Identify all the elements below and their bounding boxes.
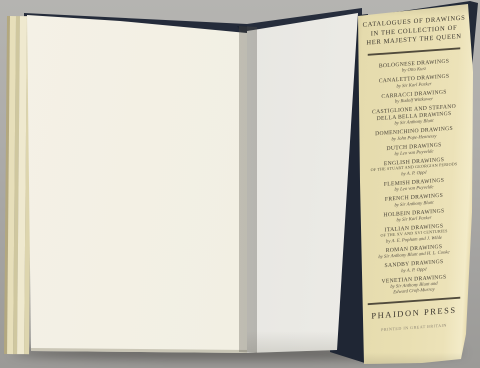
flap-text-column: CATALOGUES OF DRAWINGSIN THE COLLECTION … [359, 4, 469, 333]
dust-jacket-flap: CATALOGUES OF DRAWINGSIN THE COLLECTION … [356, 2, 475, 367]
header-rule [368, 47, 461, 55]
footer-rule [368, 297, 461, 305]
catalogue-list: BOLOGNESE DRAWINGSby Otto KurzCANALETTO … [359, 56, 469, 297]
publisher-name: PHAIDON PRESS [359, 304, 469, 322]
printed-in-note: PRINTED IN GREAT BRITAIN [359, 321, 469, 333]
book-photo: CATALOGUES OF DRAWINGSIN THE COLLECTION … [0, 0, 480, 368]
catalogue-entry: VENETIAN DRAWINGSby Sir Anthony Blunt an… [359, 271, 469, 297]
flap-header: CATALOGUES OF DRAWINGSIN THE COLLECTION … [359, 14, 469, 49]
